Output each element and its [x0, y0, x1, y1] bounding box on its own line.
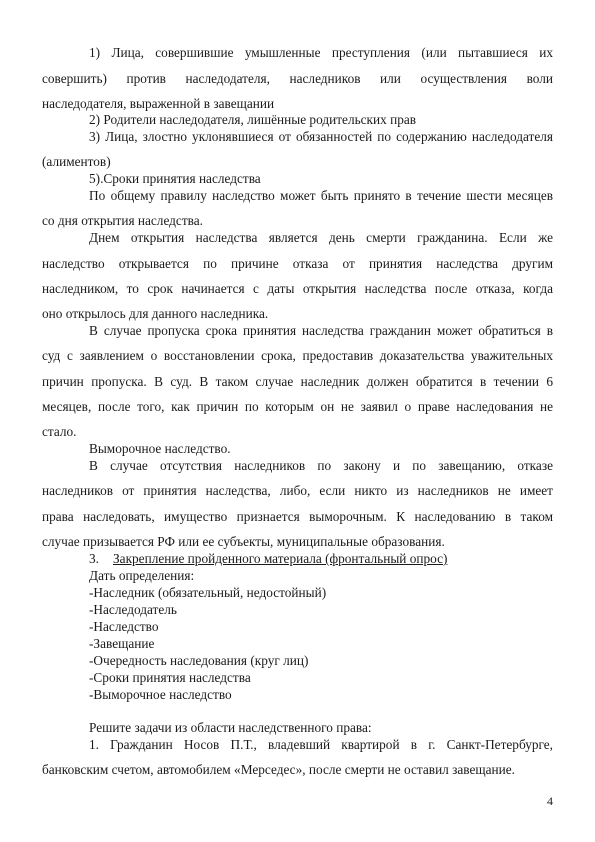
- paragraph-line: оно открылось для данного наследника.: [42, 306, 553, 322]
- paragraph-line: 2) Родители наследодателя, лишённые роди…: [89, 112, 553, 128]
- task-line: банковским счетом, автомобилем «Мерседес…: [42, 762, 553, 778]
- section-title: Закрепление пройденного материала (фронт…: [113, 551, 447, 567]
- paragraph-line: (алиментов): [42, 154, 553, 170]
- definition-item: -Наследство: [89, 619, 553, 635]
- section-heading: 5).Сроки принятия наследства: [89, 171, 553, 187]
- paragraph-line: наследство открывается по причине отказа…: [42, 256, 553, 272]
- page-number: 4: [547, 794, 553, 808]
- definition-item: -Наследодатель: [89, 602, 553, 618]
- task-line: 1. Гражданин Носов П.Т., владевший кварт…: [89, 737, 553, 753]
- paragraph-line: наследников от принятия наследства, либо…: [42, 483, 553, 499]
- definition-item: -Завещание: [89, 636, 553, 652]
- paragraph-line: наследником, то срок начинается с даты о…: [42, 281, 553, 297]
- paragraph-line: права наследовать, имущество признается …: [42, 509, 553, 525]
- document-page: 1) Лица, совершившие умышленные преступл…: [0, 0, 595, 842]
- paragraph-line: По общему правилу наследство может быть …: [89, 188, 553, 204]
- paragraph-line: Днем открытия наследства является день с…: [89, 230, 553, 246]
- paragraph-line: стало.: [42, 424, 553, 440]
- definition-item: -Очередность наследования (круг лиц): [89, 653, 553, 669]
- paragraph-line: причин пропуска. В суд. В таком случае н…: [42, 374, 553, 390]
- definition-item: -Наследник (обязательный, недостойный): [89, 585, 553, 601]
- paragraph-line: совершить) против наследодателя, наследн…: [42, 71, 553, 87]
- paragraph-line: В случае пропуска срока принятия наследс…: [89, 323, 553, 339]
- paragraph-line: наследодателя, выраженной в завещании: [42, 96, 553, 112]
- paragraph-line: случае призывается РФ или ее субъекты, м…: [42, 534, 553, 550]
- section-number: 3.: [89, 551, 99, 567]
- paragraph-line: 3) Лица, злостно уклонявшиеся от обязанн…: [89, 129, 553, 145]
- section-heading: Выморочное наследство.: [89, 441, 553, 457]
- tasks-intro: Решите задачи из области наследственного…: [89, 720, 553, 736]
- paragraph-line: суд с заявлением о восстановлении срока,…: [42, 348, 553, 364]
- paragraph-line: 1) Лица, совершившие умышленные преступл…: [89, 45, 553, 61]
- definition-item: -Выморочное наследство: [89, 687, 553, 703]
- definitions-intro: Дать определения:: [89, 568, 553, 584]
- definition-item: -Сроки принятия наследства: [89, 670, 553, 686]
- paragraph-line: В случае отсутствия наследников по закон…: [89, 458, 553, 474]
- paragraph-line: месяцев, после того, как причин по котор…: [42, 399, 553, 415]
- paragraph-line: со дня открытия наследства.: [42, 213, 553, 229]
